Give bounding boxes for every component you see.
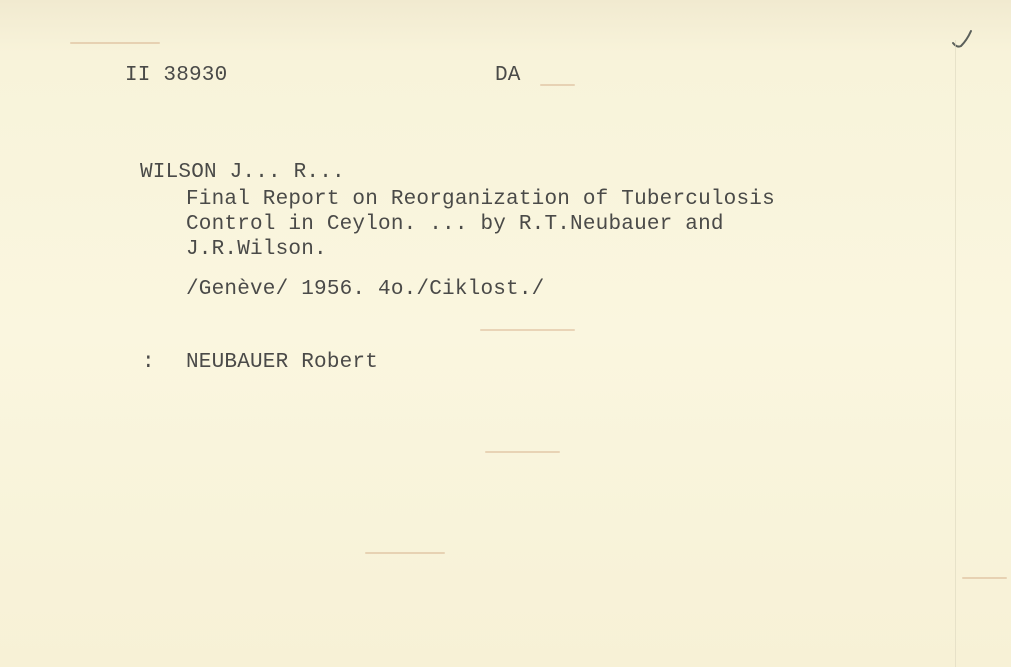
- title-line: Control in Ceylon. ... by R.T.Neubauer a…: [186, 213, 724, 236]
- added-entry-marker: :: [142, 351, 155, 374]
- title-line: Final Report on Reorganization of Tuberc…: [186, 188, 775, 211]
- smudge-mark: [540, 84, 575, 86]
- smudge-mark: [485, 451, 560, 453]
- title-line: J.R.Wilson.: [186, 238, 327, 261]
- main-entry-author: WILSON J... R...: [140, 161, 345, 184]
- smudge-mark: [365, 552, 445, 554]
- check-mark-icon: [950, 28, 974, 50]
- collection-code: DA: [495, 64, 521, 87]
- imprint: /Genève/ 1956. 4o./Ciklost./: [186, 278, 544, 301]
- smudge-mark: [70, 42, 160, 44]
- smudge-mark: [962, 577, 1007, 579]
- added-entry: NEUBAUER Robert: [186, 351, 378, 374]
- catalog-card: II 38930 DA WILSON J... R... Final Repor…: [0, 0, 1011, 667]
- smudge-mark: [480, 329, 575, 331]
- call-number: II 38930: [125, 64, 227, 87]
